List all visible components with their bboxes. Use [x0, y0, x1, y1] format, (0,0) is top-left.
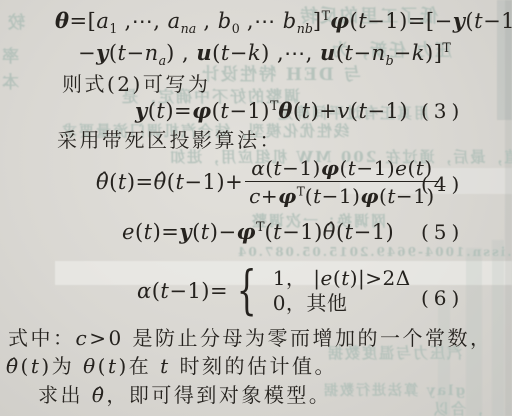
- content-layer: θ=[a1 ,⋯, ana , b0 ,⋯ bnb]Tφ(t−1)=[−y(t−…: [0, 0, 512, 416]
- fraction: α(t−1)φ(t−1)e(t) c+φT(t−1)φ(t−1): [245, 156, 439, 208]
- equation-4: θ̂(t)=θ̂(t−1)+ α(t−1)φ(t−1)e(t) c+φT(t−1…: [96, 155, 439, 209]
- fraction-denominator: c+φT(t−1)φ(t−1): [245, 181, 439, 208]
- cases-brace: {: [237, 268, 257, 315]
- equation-theta-definition-line2: −y(t−na) , u(t−k) ,⋯, u(t−nb−k)]T: [78, 40, 451, 68]
- scanned-paper-page: 较率本低了工里的反转压力 任新，为与 DEH 特性设计调整的好不中确定，是用真正…: [0, 0, 512, 416]
- case-row-2: 0，其他: [273, 291, 411, 316]
- case-row-1: 1， |e(t)|>2Δ: [273, 266, 411, 291]
- fraction-numerator: α(t−1)φ(t−1)e(t): [245, 156, 439, 181]
- equation-number-6: (6): [421, 286, 464, 310]
- body-text-line-3: 求出 θ̂，即可得到对象模型。: [38, 379, 331, 408]
- equation-theta-definition-line1: θ=[a1 ,⋯, ana , b0 ,⋯ bnb]Tφ(t−1)=[−y(t−…: [55, 8, 512, 36]
- intro-text-then-eq2: 则式(2)可写为: [62, 68, 210, 97]
- body-text-line-1: 式中：c>0 是防止分母为零而增加的一个常数，: [8, 322, 493, 351]
- equation-number-4: (4): [421, 172, 464, 196]
- equation-5: e(t)=y(t)−φT(t−1)θ̂(t−1): [122, 219, 394, 244]
- equation-6-lhs: α(t−1)=: [137, 279, 228, 303]
- equation-4-lhs: θ̂(t)=θ̂(t−1)+: [96, 170, 243, 194]
- equation-6: α(t−1)= { 1， |e(t)|>2Δ 0，其他: [137, 265, 411, 317]
- equation-number-5: (5): [421, 220, 464, 244]
- body-text-line-2: θ̂(t)为 θ(t)在 t 时刻的估计值。: [6, 350, 337, 379]
- equation-number-3: (3): [421, 99, 464, 123]
- equation-3: y(t)=φ(t−1)Tθ(t)+v(t−1): [135, 98, 408, 123]
- cases-column: 1， |e(t)|>2Δ 0，其他: [273, 266, 411, 316]
- intro-text-deadzone-algorithm: 采用带死区投影算法：: [57, 124, 282, 153]
